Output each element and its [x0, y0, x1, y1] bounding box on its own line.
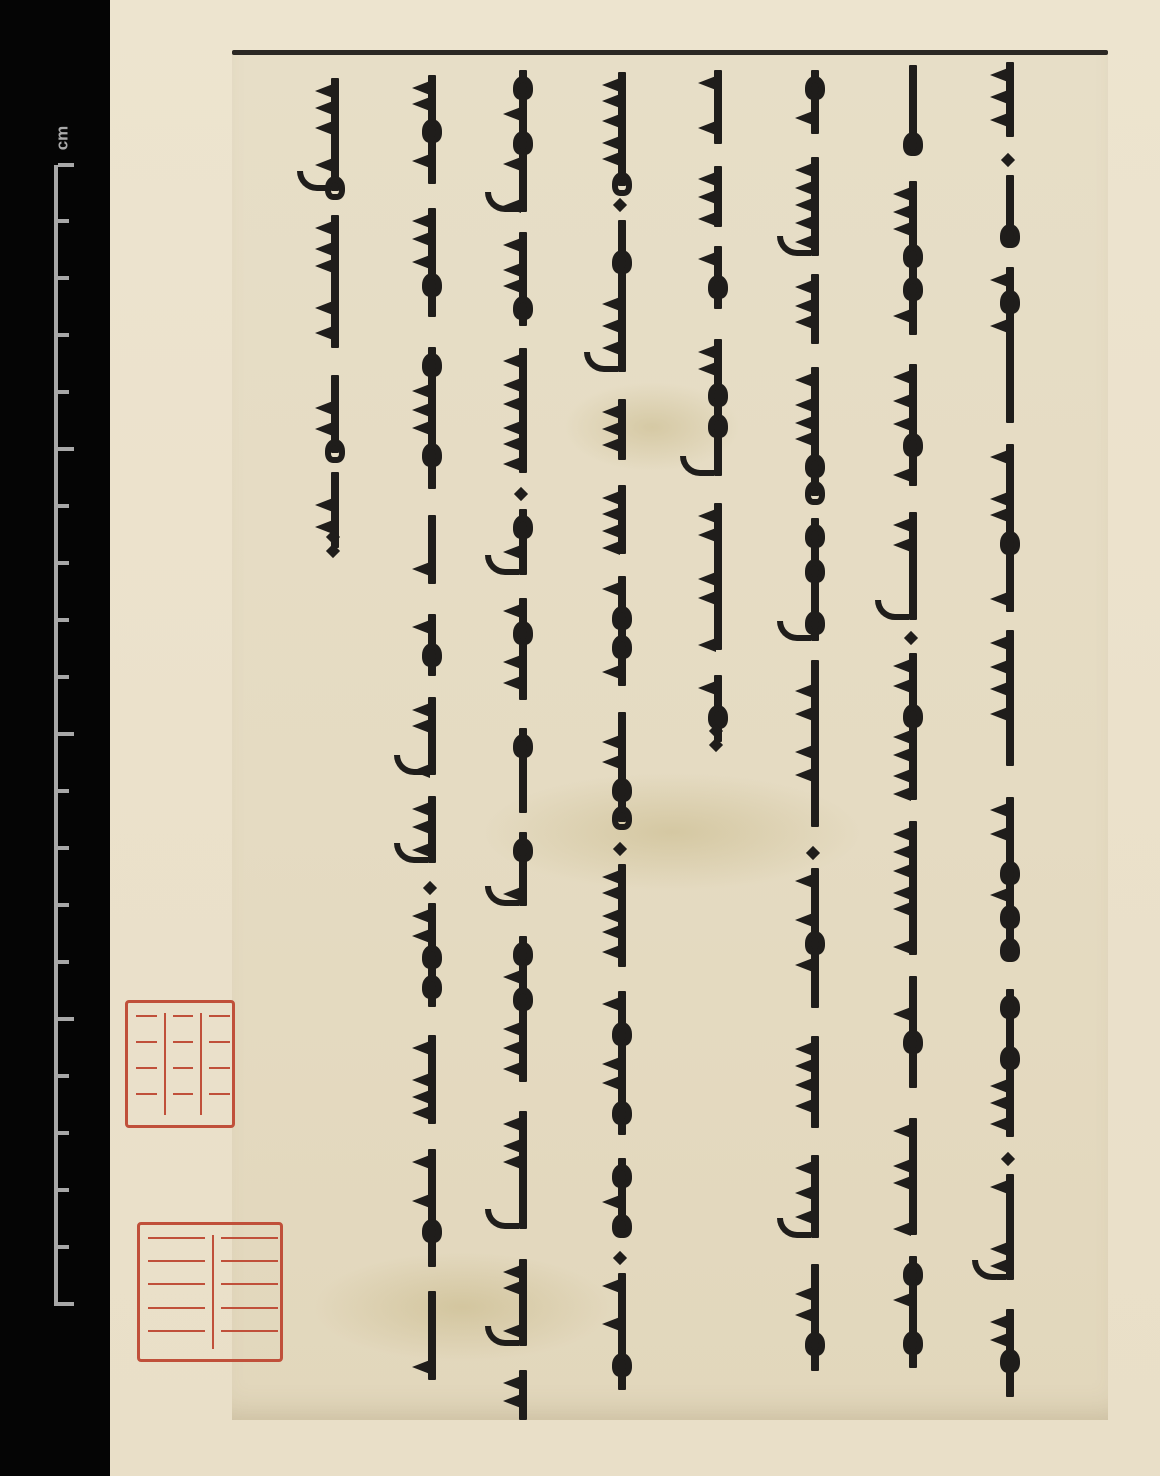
top-border-rule: [232, 50, 1108, 55]
text-column-5: [698, 0, 738, 1476]
text-column-3: [503, 0, 543, 1476]
text-column-2: [412, 0, 452, 1476]
ruler-tick: [58, 276, 69, 280]
ruler-tick: [58, 846, 69, 850]
ruler-tick: [58, 390, 69, 394]
manchu-word: [1006, 630, 1014, 766]
punctuation-mark: [514, 487, 528, 501]
ruler-tick: [58, 163, 74, 167]
text-column-4: [602, 0, 642, 1476]
ruler-tick: [58, 1017, 74, 1021]
ruler-tick: [58, 1302, 74, 1306]
ruler-tick: [58, 732, 74, 736]
paper-stain: [312, 1252, 612, 1362]
manchu-word: [1006, 444, 1014, 612]
ruler-tick: [58, 1188, 69, 1192]
ruler-tick: [58, 789, 69, 793]
ruler-tick: [58, 618, 69, 622]
ruler-unit-label: cm: [52, 126, 72, 151]
punctuation-mark: [423, 881, 437, 895]
lower-red-seal: [137, 1222, 283, 1362]
ruler-tick: [58, 504, 69, 508]
ruler-tick: [58, 675, 69, 679]
ruler-tick: [58, 219, 69, 223]
punctuation-mark: [613, 1251, 627, 1265]
ruler-tick: [58, 561, 69, 565]
punctuation-mark: [806, 846, 820, 860]
upper-red-seal: [125, 1000, 235, 1128]
manchu-word: [714, 339, 722, 476]
punctuation-mark: [1001, 153, 1015, 167]
ruler-tick: [58, 903, 69, 907]
text-column-6: [795, 0, 835, 1476]
punctuation-mark: [613, 198, 627, 212]
text-column-7: [893, 0, 933, 1476]
ruler-tick: [58, 333, 69, 337]
text-column-1: [315, 0, 355, 1476]
text-column-8: [990, 0, 1030, 1476]
scale-ruler-strip: cm: [0, 0, 110, 1476]
ruler-tick: [58, 1245, 69, 1249]
ruler-tick: [58, 1074, 69, 1078]
punctuation-mark: [613, 842, 627, 856]
ruler-tick: [58, 960, 69, 964]
printed-sheet: [232, 52, 1108, 1420]
ruler-tick: [58, 447, 74, 451]
punctuation-mark: [1001, 1152, 1015, 1166]
punctuation-mark: [904, 631, 918, 645]
ruler-tick: [58, 1131, 69, 1135]
